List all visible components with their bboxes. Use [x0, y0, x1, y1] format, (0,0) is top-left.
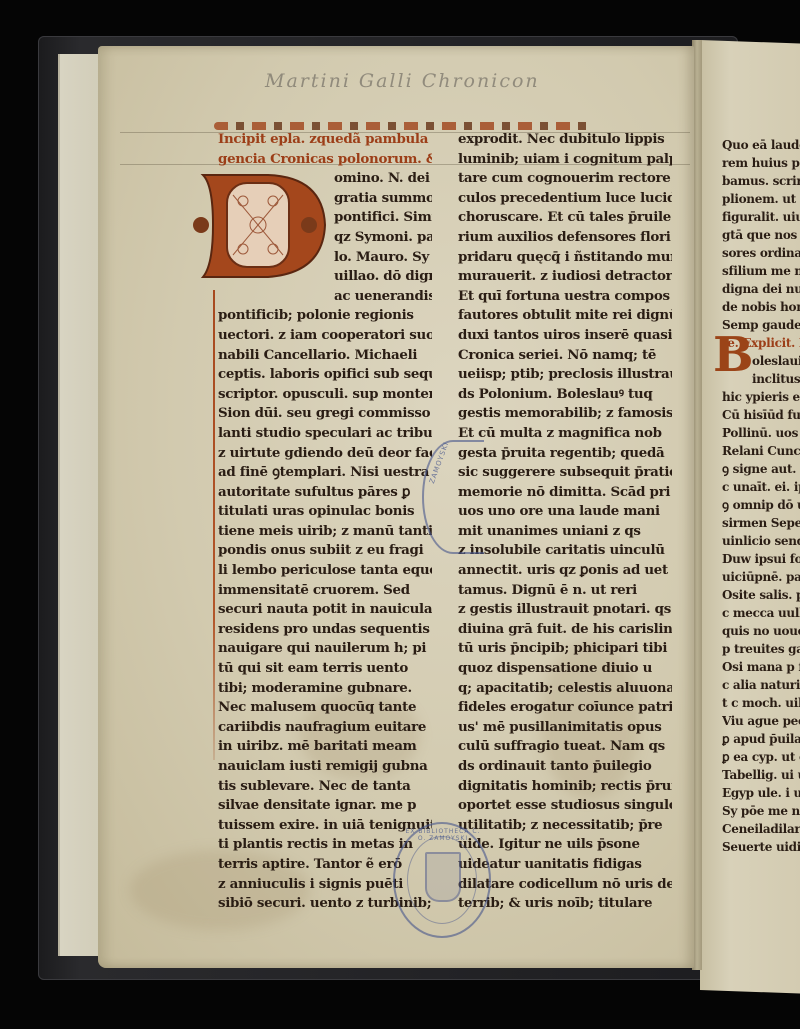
incipit-line: Incipit epla. zquedã pambula tan	[218, 130, 432, 150]
decorative-border	[214, 122, 594, 130]
coat-of-arms-icon	[425, 852, 461, 902]
rubric-margin-line	[213, 290, 215, 760]
initial-b: B	[713, 330, 753, 380]
right-page-text: Quo eā lauder rem huius patr bamus. scri…	[722, 136, 800, 856]
library-stamp-side: ZAMOYSKI	[422, 440, 484, 554]
text-column-b: exprodit. Nec dubitulo lippis luminib; u…	[458, 130, 672, 914]
text-column-a: Incipit epla. zquedã pambula tan gencia …	[218, 130, 432, 914]
header-annotation: Martini Galli Chronicon	[265, 70, 540, 92]
library-stamp-bottom: EX BIBLIOTHECA C. O. ZAMOYSKI	[393, 822, 491, 938]
incipit-line: gencia Cronicas polonorum. &c. medo	[218, 150, 432, 170]
